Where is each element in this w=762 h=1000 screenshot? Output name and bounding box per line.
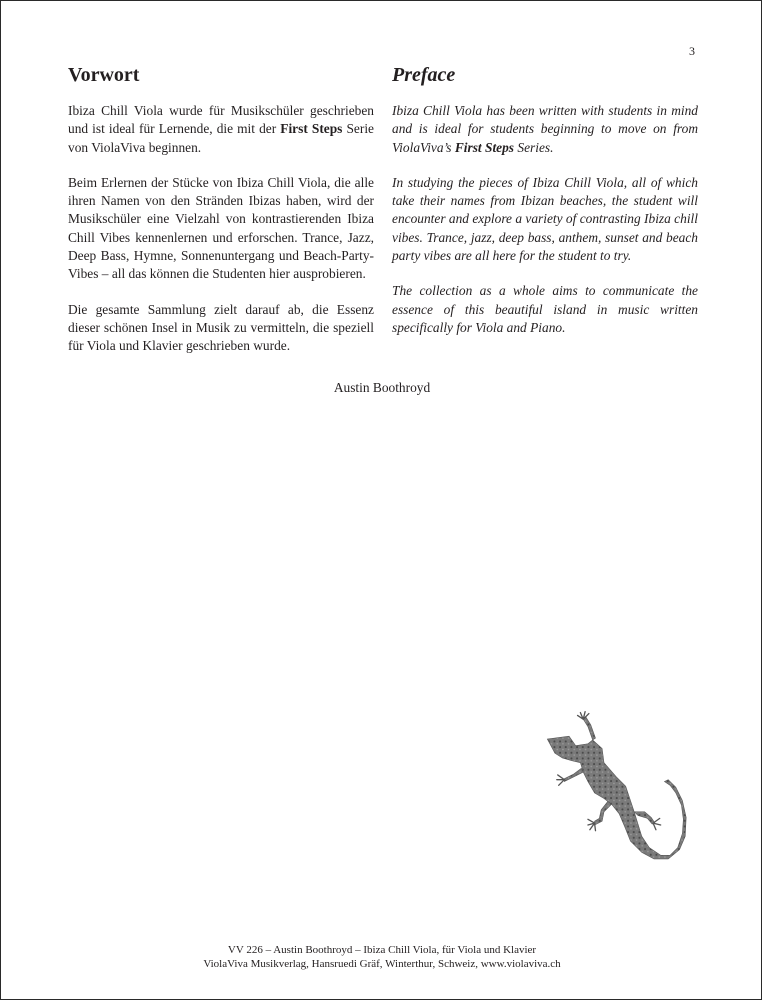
- english-heading: Preface: [392, 63, 698, 87]
- german-heading: Vorwort: [68, 63, 374, 87]
- footer-line-2: ViolaViva Musikverlag, Hansruedi Gräf, W…: [1, 957, 762, 971]
- german-p1-bold: First Steps: [280, 121, 342, 136]
- german-column: Vorwort Ibiza Chill Viola wurde für Musi…: [68, 63, 374, 373]
- german-paragraph-2: Beim Erlernen der Stücke von Ibiza Chill…: [68, 174, 374, 284]
- german-paragraph-3: Die gesamte Sammlung zielt darauf ab, di…: [68, 301, 374, 356]
- english-column: Preface Ibiza Chill Viola has been writt…: [392, 63, 698, 354]
- page-number: 3: [689, 44, 695, 59]
- page-footer: VV 226 – Austin Boothroyd – Ibiza Chill …: [1, 943, 762, 971]
- german-paragraph-1: Ibiza Chill Viola wurde für Musikschüler…: [68, 102, 374, 157]
- english-paragraph-1: Ibiza Chill Viola has been written with …: [392, 102, 698, 157]
- footer-line-1: VV 226 – Austin Boothroyd – Ibiza Chill …: [1, 943, 762, 957]
- document-page: 3 Vorwort Ibiza Chill Viola wurde für Mu…: [0, 0, 762, 1000]
- english-p1-bold: First Steps: [455, 140, 514, 155]
- english-paragraph-3: The collection as a whole aims to commun…: [392, 282, 698, 337]
- english-paragraph-2: In studying the pieces of Ibiza Chill Vi…: [392, 174, 698, 265]
- author-signature: Austin Boothroyd: [1, 380, 762, 396]
- gecko-icon: [536, 706, 706, 876]
- english-p1-text-end: Series.: [514, 140, 553, 155]
